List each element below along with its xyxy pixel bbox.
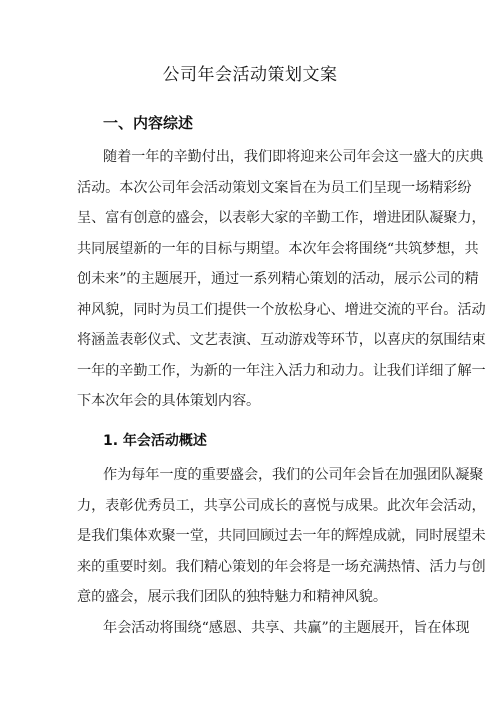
paragraph-line: 意的盛会，展示我们团队的独特魅力和精神风貌。 xyxy=(77,586,422,606)
section-heading-overview: 一、内容综述 xyxy=(103,112,193,133)
paragraph-line: 呈、富有创意的盛会，以表彰大家的辛勤工作，增进团队凝聚力， xyxy=(77,207,422,227)
paragraph-line: 神风貌，同时为员工们提供一个放松身心、增进交流的平台。活动 xyxy=(77,299,422,319)
paragraph-line: 年会活动将围绕“感恩、共享、共赢”的主题展开，旨在体现 xyxy=(103,617,423,637)
paragraph-line: 将涵盖表彰仪式、文艺表演、互动游戏等环节，以喜庆的氛围结束 xyxy=(77,329,422,349)
paragraph-line: 来的重要时刻。我们精心策划的年会将是一场充满热情、活力与创 xyxy=(77,556,422,576)
paragraph-line: 一年的辛勤工作，为新的一年注入活力和动力。让我们详细了解一 xyxy=(77,360,422,380)
paragraph-line: 创未来”的主题展开，通过一系列精心策划的活动，展示公司的精 xyxy=(77,268,422,288)
paragraph-line: 共同展望新的一年的目标与期望。本次年会将围绕“共筑梦想，共 xyxy=(77,238,422,258)
paragraph-line: 作为每年一度的重要盛会，我们的公司年会旨在加强团队凝聚 xyxy=(103,464,423,484)
paragraph-line: 是我们集体欢聚一堂，共同回顾过去一年的辉煌成就，同时展望未 xyxy=(77,525,422,545)
document-title: 公司年会活动策划文案 xyxy=(0,60,500,85)
subsection-heading-event-overview: 1. 年会活动概述 xyxy=(103,430,207,450)
paragraph-line: 下本次年会的具体策划内容。 xyxy=(77,390,422,410)
document-page: 公司年会活动策划文案 一、内容综述 随着一年的辛勤付出，我们即将迎来公司年会这一… xyxy=(0,0,500,707)
paragraph-line: 活动。本次公司年会活动策划文案旨在为员工们呈现一场精彩纷 xyxy=(77,177,422,197)
paragraph-line: 随着一年的辛勤付出，我们即将迎来公司年会这一盛大的庆典 xyxy=(103,146,423,166)
paragraph-line: 力，表彰优秀员工，共享公司成长的喜悦与成果。此次年会活动， xyxy=(77,495,422,515)
